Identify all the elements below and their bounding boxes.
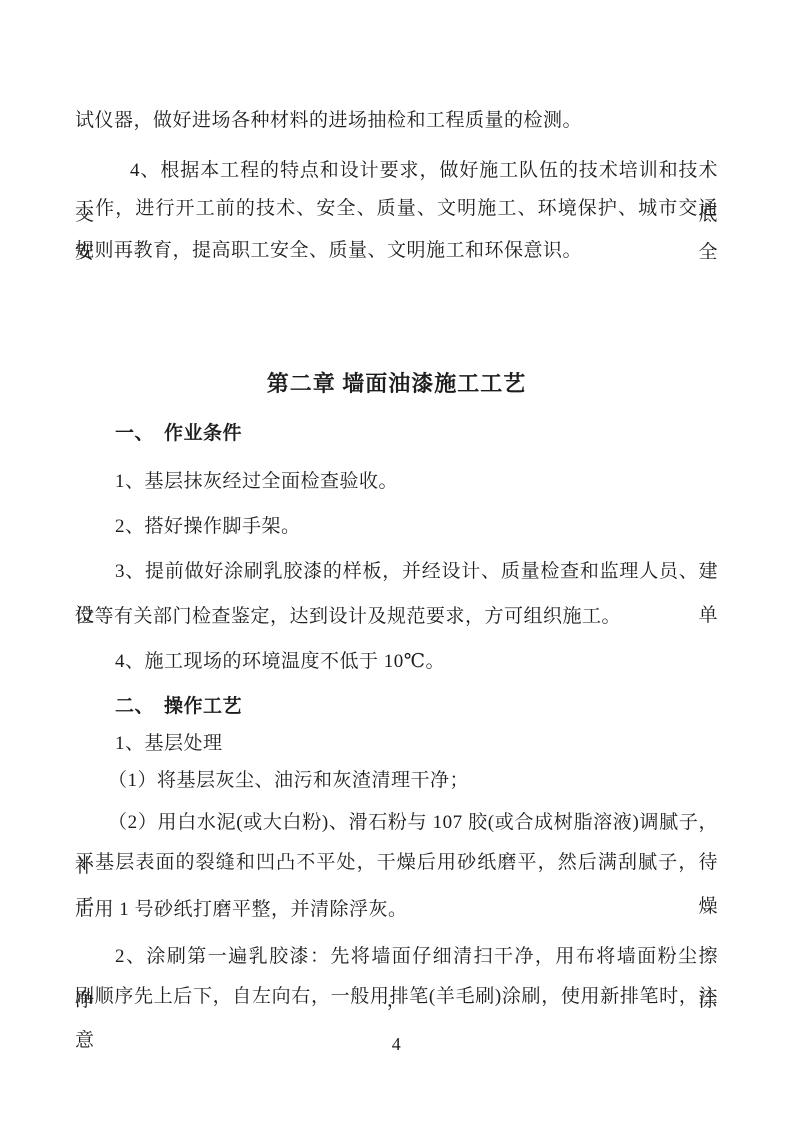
section-1-item-continuation: 位等有关部门检查鉴定，达到设计及规范要求，方可组织施工。	[75, 595, 718, 639]
section-2-subitem-continuation: 平基层表面的裂缝和凹凸不平处，干燥后用砂纸磨平，然后满刮腻子，待干燥	[75, 841, 718, 885]
section-1-item: 3、提前做好涂刷乳胶漆的样板，并经设计、质量检查和监理人员、建设单	[75, 550, 718, 594]
section-1-heading: 一、 作业条件	[75, 412, 718, 456]
section-1-item: 4、施工现场的环境温度不低于 10℃。	[75, 640, 718, 684]
chapter-title: 第二章 墙面油漆施工工艺	[75, 362, 718, 406]
section-1-item: 2、搭好操作脚手架。	[75, 505, 718, 549]
page-number: 4	[75, 1022, 718, 1066]
section-2-subitem-continuation: 后用 1 号砂纸打磨平整，并清除浮灰。	[75, 888, 718, 932]
section-2-item-continuation: 刷顺序先上后下，自左向右，一般用排笔(羊毛刷)涂刷，使用新排笔时，注意	[75, 975, 718, 1019]
section-2-item: 2、涂刷第一遍乳胶漆：先将墙面仔细清扫干净，用布将墙面粉尘擦净，涂	[75, 935, 718, 979]
section-2-subitem: （1）将基层灰尘、油污和灰渣清理干净；	[75, 759, 718, 803]
document-page: 试仪器，做好进场各种材料的进场抽检和工程质量的检测。 4、根据本工程的特点和设计…	[0, 0, 793, 1122]
intro-line-continued: 试仪器，做好进场各种材料的进场抽检和工程质量的检测。	[75, 99, 718, 143]
intro-paragraph-line: 规则再教育，提高职工安全、质量、文明施工和环保意识。	[75, 229, 718, 273]
section-1-item: 1、基层抹灰经过全面检查验收。	[75, 460, 718, 504]
intro-paragraph-line: 工作，进行开工前的技术、安全、质量、文明施工、环境保护、城市交通安全	[75, 187, 718, 231]
section-2-subitem: （2）用白水泥(或大白粉)、滑石粉与 107 胶(或合成树脂溶液)调腻子，补	[75, 801, 718, 845]
